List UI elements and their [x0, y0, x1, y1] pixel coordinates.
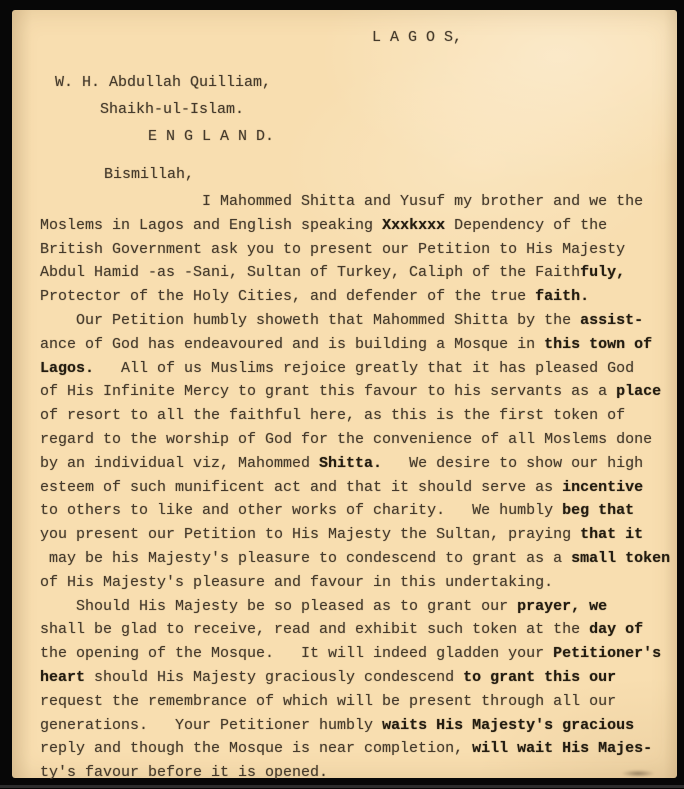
text-segment: Protector of the Holy Cities, and defend…	[40, 288, 535, 305]
scan-edge-artifact	[0, 785, 684, 788]
text-segment: generations. Your Petitioner humbly	[40, 717, 382, 734]
body-line: ance of God has endeavoured and is build…	[40, 333, 670, 357]
text-segment: should His Majesty graciously condescend	[85, 669, 463, 686]
bold-text-segment: place	[616, 383, 661, 400]
text-segment: We desire to show our high	[382, 455, 643, 472]
body-line: ty's favour before it is opened.	[40, 761, 670, 785]
body-line: Moslems in Lagos and English speaking Xx…	[40, 214, 670, 238]
text-segment: esteem of such munificent act and that i…	[40, 479, 562, 496]
address-line-title: Shaikh-ul-Islam.	[100, 101, 244, 118]
text-segment: to others to like and other works of cha…	[40, 502, 562, 519]
bold-text-segment: beg that	[562, 502, 634, 519]
body-line: of His Infinite Mercy to grant this favo…	[40, 380, 670, 404]
text-segment: ty's favour before it is opened.	[40, 764, 328, 781]
body-line: heart should His Majesty graciously cond…	[40, 666, 670, 690]
body-line: Our Petition humbly showeth that Mahomme…	[40, 309, 670, 333]
bold-text-segment: fuly,	[580, 264, 625, 281]
address-line-country: E N G L A N D.	[148, 128, 274, 145]
body-line: Abdul Hamid -as -Sani, Sultan of Turkey,…	[40, 261, 670, 285]
bold-text-segment: waits His Majesty's gracious	[382, 717, 634, 734]
body-line: you present our Petition to His Majesty …	[40, 523, 670, 547]
text-segment: British Government ask you to present ou…	[40, 241, 625, 258]
body-line: may be his Majesty's pleasure to condesc…	[40, 547, 670, 571]
text-segment: you present our Petition to His Majesty …	[40, 526, 580, 543]
text-segment: I Mahommed Shitta and Yusuf my brother a…	[40, 193, 643, 210]
text-segment: by an individual viz, Mahommed	[40, 455, 319, 472]
body-line: Should His Majesty be so pleased as to g…	[40, 595, 670, 619]
text-segment: regard to the worship of God for the con…	[40, 431, 652, 448]
body-line: regard to the worship of God for the con…	[40, 428, 670, 452]
body-line: by an individual viz, Mahommed Shitta. W…	[40, 452, 670, 476]
bold-text-segment: this town of	[544, 336, 652, 353]
letter-heading-lagos: L A G O S,	[372, 29, 462, 46]
body-line: Protector of the Holy Cities, and defend…	[40, 285, 670, 309]
text-segment: may be his Majesty's pleasure to condesc…	[40, 550, 571, 567]
bold-text-segment: that it	[580, 526, 643, 543]
text-segment: request the remembrance of which will be…	[40, 693, 616, 710]
body-line: Lagos. All of us Muslims rejoice greatly…	[40, 357, 670, 381]
body-line: I Mahommed Shitta and Yusuf my brother a…	[40, 190, 670, 214]
text-segment: Should His Majesty be so pleased as to g…	[40, 598, 517, 615]
bold-text-segment: to grant this our	[463, 669, 616, 686]
text-segment: of His Majesty's pleasure and favour in …	[40, 574, 553, 591]
body-line: esteem of such munificent act and that i…	[40, 476, 670, 500]
bold-text-segment: faith.	[535, 288, 589, 305]
body-line: British Government ask you to present ou…	[40, 238, 670, 262]
bold-text-segment: prayer, we	[517, 598, 607, 615]
body-line: reply and though the Mosque is near comp…	[40, 737, 670, 761]
text-segment: reply and though the Mosque is near comp…	[40, 740, 472, 757]
text-segment: of His Infinite Mercy to grant this favo…	[40, 383, 616, 400]
text-segment: of resort to all the faithful here, as t…	[40, 407, 625, 424]
text-segment: Dependency of the	[445, 217, 607, 234]
bold-text-segment: Petitioner's	[553, 645, 661, 662]
body-line: of His Majesty's pleasure and favour in …	[40, 571, 670, 595]
text-segment: ance of God has endeavoured and is build…	[40, 336, 544, 353]
text-segment: Moslems in Lagos and English speaking	[40, 217, 382, 234]
bold-text-segment: day of	[589, 621, 643, 638]
ink-smudge	[621, 770, 655, 777]
body-line: of resort to all the faithful here, as t…	[40, 404, 670, 428]
letter-page: L A G O S, W. H. Abdullah Quilliam, Shai…	[12, 10, 677, 778]
bold-text-segment: Xxxkxxx	[382, 217, 445, 234]
text-segment: the opening of the Mosque. It will indee…	[40, 645, 553, 662]
bold-text-segment: Shitta.	[319, 455, 382, 472]
bold-text-segment: small token	[571, 550, 670, 567]
bold-text-segment: incentive	[562, 479, 643, 496]
text-segment: Abdul Hamid -as -Sani, Sultan of Turkey,…	[40, 264, 580, 281]
scanned-letter: L A G O S, W. H. Abdullah Quilliam, Shai…	[0, 0, 684, 789]
body-line: to others to like and other works of cha…	[40, 499, 670, 523]
body-line: generations. Your Petitioner humbly wait…	[40, 714, 670, 738]
bold-text-segment: heart	[40, 669, 85, 686]
text-segment: All of us Muslims rejoice greatly that i…	[94, 360, 634, 377]
text-segment: Our Petition humbly showeth that Mahomme…	[40, 312, 580, 329]
bold-text-segment: assist-	[580, 312, 643, 329]
letter-body: I Mahommed Shitta and Yusuf my brother a…	[40, 190, 670, 785]
bold-text-segment: will wait His Majes-	[472, 740, 652, 757]
salutation: Bismillah,	[104, 166, 194, 183]
body-line: request the remembrance of which will be…	[40, 690, 670, 714]
text-segment: shall be glad to receive, read and exhib…	[40, 621, 589, 638]
body-line: shall be glad to receive, read and exhib…	[40, 618, 670, 642]
address-line-recipient: W. H. Abdullah Quilliam,	[55, 74, 271, 91]
body-line: the opening of the Mosque. It will indee…	[40, 642, 670, 666]
bold-text-segment: Lagos.	[40, 360, 94, 377]
